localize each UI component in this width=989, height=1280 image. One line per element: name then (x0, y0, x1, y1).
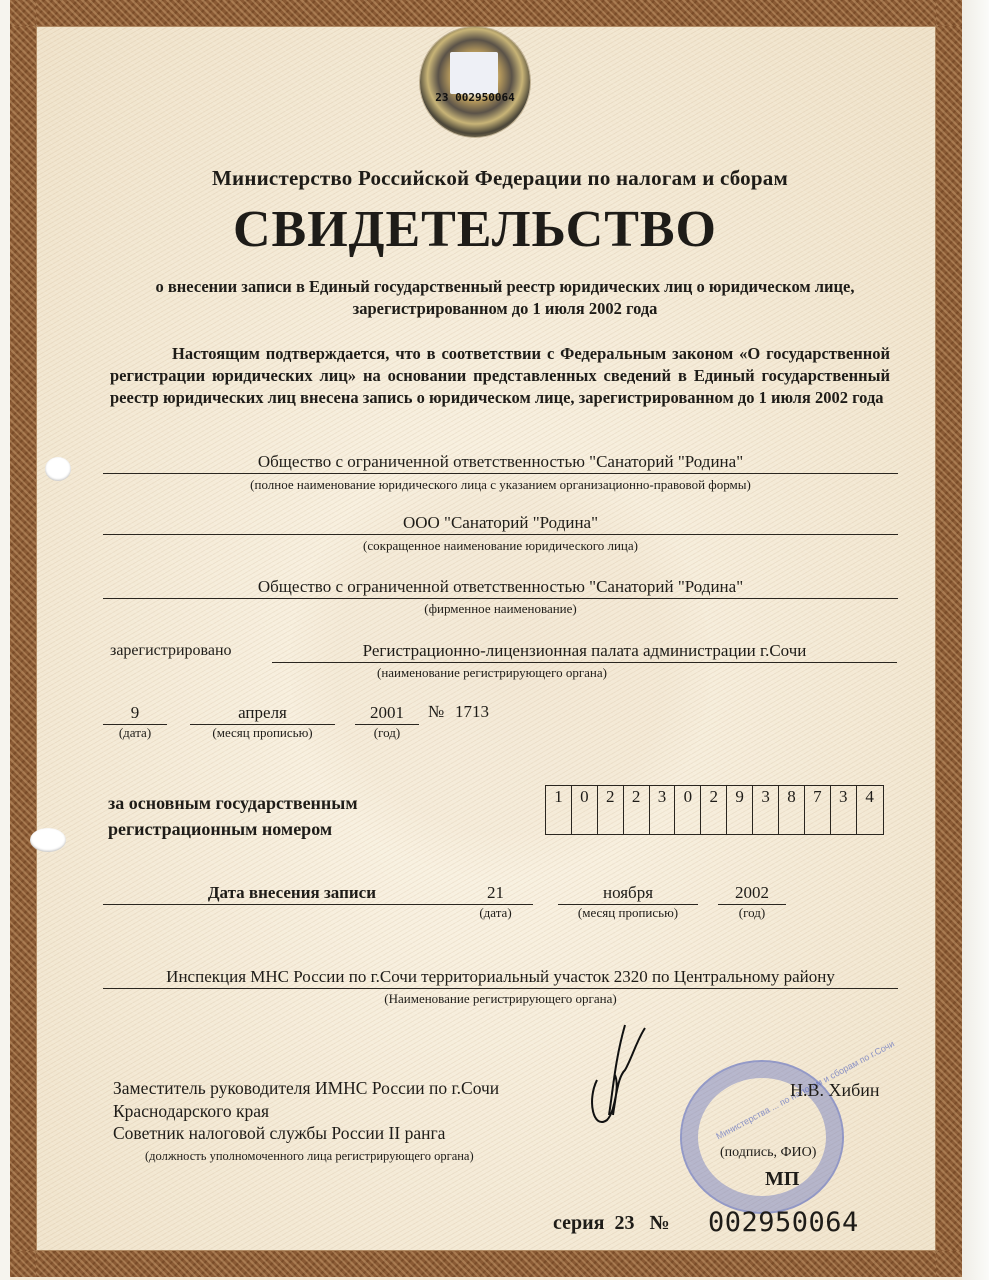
punch-hole-icon (45, 457, 71, 481)
officer-position: Заместитель руководителя ИМНС России по … (113, 1077, 499, 1145)
registration-day-caption: (дата) (103, 725, 167, 741)
registration-number-label: № (428, 702, 444, 722)
officer-line3: Советник налоговой службы России II ранг… (113, 1122, 499, 1145)
seal-mark: МП (765, 1168, 799, 1191)
ogrn-digit: 2 (598, 786, 624, 834)
entry-month: ноября (558, 882, 698, 905)
registration-day: 9 (103, 702, 167, 725)
officer-caption: (должность уполномоченного лица регистри… (145, 1148, 474, 1164)
registration-number: 1713 (455, 702, 489, 722)
series-value: 23 (614, 1212, 634, 1234)
ogrn-number-grid: 1022302938734 (545, 785, 884, 835)
ogrn-digit: 1 (546, 786, 572, 834)
hologram-seal-icon: 23 002950064 (420, 27, 530, 137)
ogrn-digit: 7 (805, 786, 831, 834)
short-name-caption: (сокращенное наименование юридического л… (103, 538, 898, 554)
registration-authority-caption: (наименование регистрирующего органа) (272, 665, 712, 681)
series-label: серия (553, 1212, 604, 1234)
registering-body-field: Инспекция МНС России по г.Сочи территори… (103, 966, 898, 989)
ogrn-digit: 0 (675, 786, 701, 834)
short-name-field: ООО "Санаторий "Родина" (103, 512, 898, 535)
ogrn-digit: 3 (753, 786, 779, 834)
series-number-label: № (649, 1212, 669, 1234)
officer-line1: Заместитель руководителя ИМНС России по … (113, 1077, 499, 1100)
registration-month-caption: (месяц прописью) (190, 725, 335, 741)
registration-year-caption: (год) (355, 725, 419, 741)
certificate-number: 002950064 (708, 1207, 859, 1238)
entry-year: 2002 (718, 882, 786, 905)
firm-name-field: Общество с ограниченной ответственностью… (103, 576, 898, 599)
entry-year-caption: (год) (718, 905, 786, 921)
entry-date-label-text: Дата внесения записи (208, 883, 458, 902)
registered-label: зарегистрировано (110, 642, 232, 660)
scan-margin (962, 0, 989, 1280)
ogrn-label: за основным государственным регистрацион… (108, 790, 358, 842)
series-label-group: серия 23 № (553, 1212, 670, 1235)
registration-month: апреля (190, 702, 335, 725)
hologram-emblem-icon (450, 52, 498, 94)
entry-date-label: Дата внесения записи (103, 882, 458, 905)
ogrn-digit: 8 (779, 786, 805, 834)
signature-caption: (подпись, ФИО) (720, 1145, 816, 1161)
registering-body-caption: (Наименование регистрирующего органа) (103, 991, 898, 1007)
full-name-field: Общество с ограниченной ответственностью… (103, 451, 898, 474)
ogrn-digit: 2 (624, 786, 650, 834)
ogrn-digit: 2 (701, 786, 727, 834)
hologram-serial: 23 002950064 (420, 91, 530, 104)
punch-hole-icon (30, 828, 66, 852)
ogrn-label-line1: за основным государственным (108, 790, 358, 816)
ogrn-digit: 3 (650, 786, 676, 834)
registration-authority-field: Регистрационно-лицензионная палата админ… (272, 640, 897, 663)
entry-day-caption: (дата) (458, 905, 533, 921)
intro-paragraph: Настоящим подтверждается, что в соответс… (110, 343, 890, 409)
entry-month-caption: (месяц прописью) (558, 905, 698, 921)
officer-line2: Краснодарского края (113, 1100, 499, 1123)
entry-day: 21 (458, 882, 533, 905)
full-name-caption: (полное наименование юридического лица с… (103, 477, 898, 493)
ministry-heading: Министерство Российской Федерации по нал… (100, 166, 900, 191)
ogrn-digit: 9 (727, 786, 753, 834)
firm-name-caption: (фирменное наименование) (103, 601, 898, 617)
ogrn-digit: 3 (831, 786, 857, 834)
registration-year: 2001 (355, 702, 419, 725)
signature-icon (585, 1020, 655, 1130)
ogrn-digit: 4 (857, 786, 883, 834)
ogrn-digit: 0 (572, 786, 598, 834)
document-subtitle: о внесении записи в Единый государственн… (110, 276, 900, 320)
document-title: СВИДЕТЕЛЬСТВО (100, 200, 850, 259)
signer-name: Н.В. Хибин (790, 1080, 880, 1101)
ogrn-label-line2: регистрационным номером (108, 816, 358, 842)
